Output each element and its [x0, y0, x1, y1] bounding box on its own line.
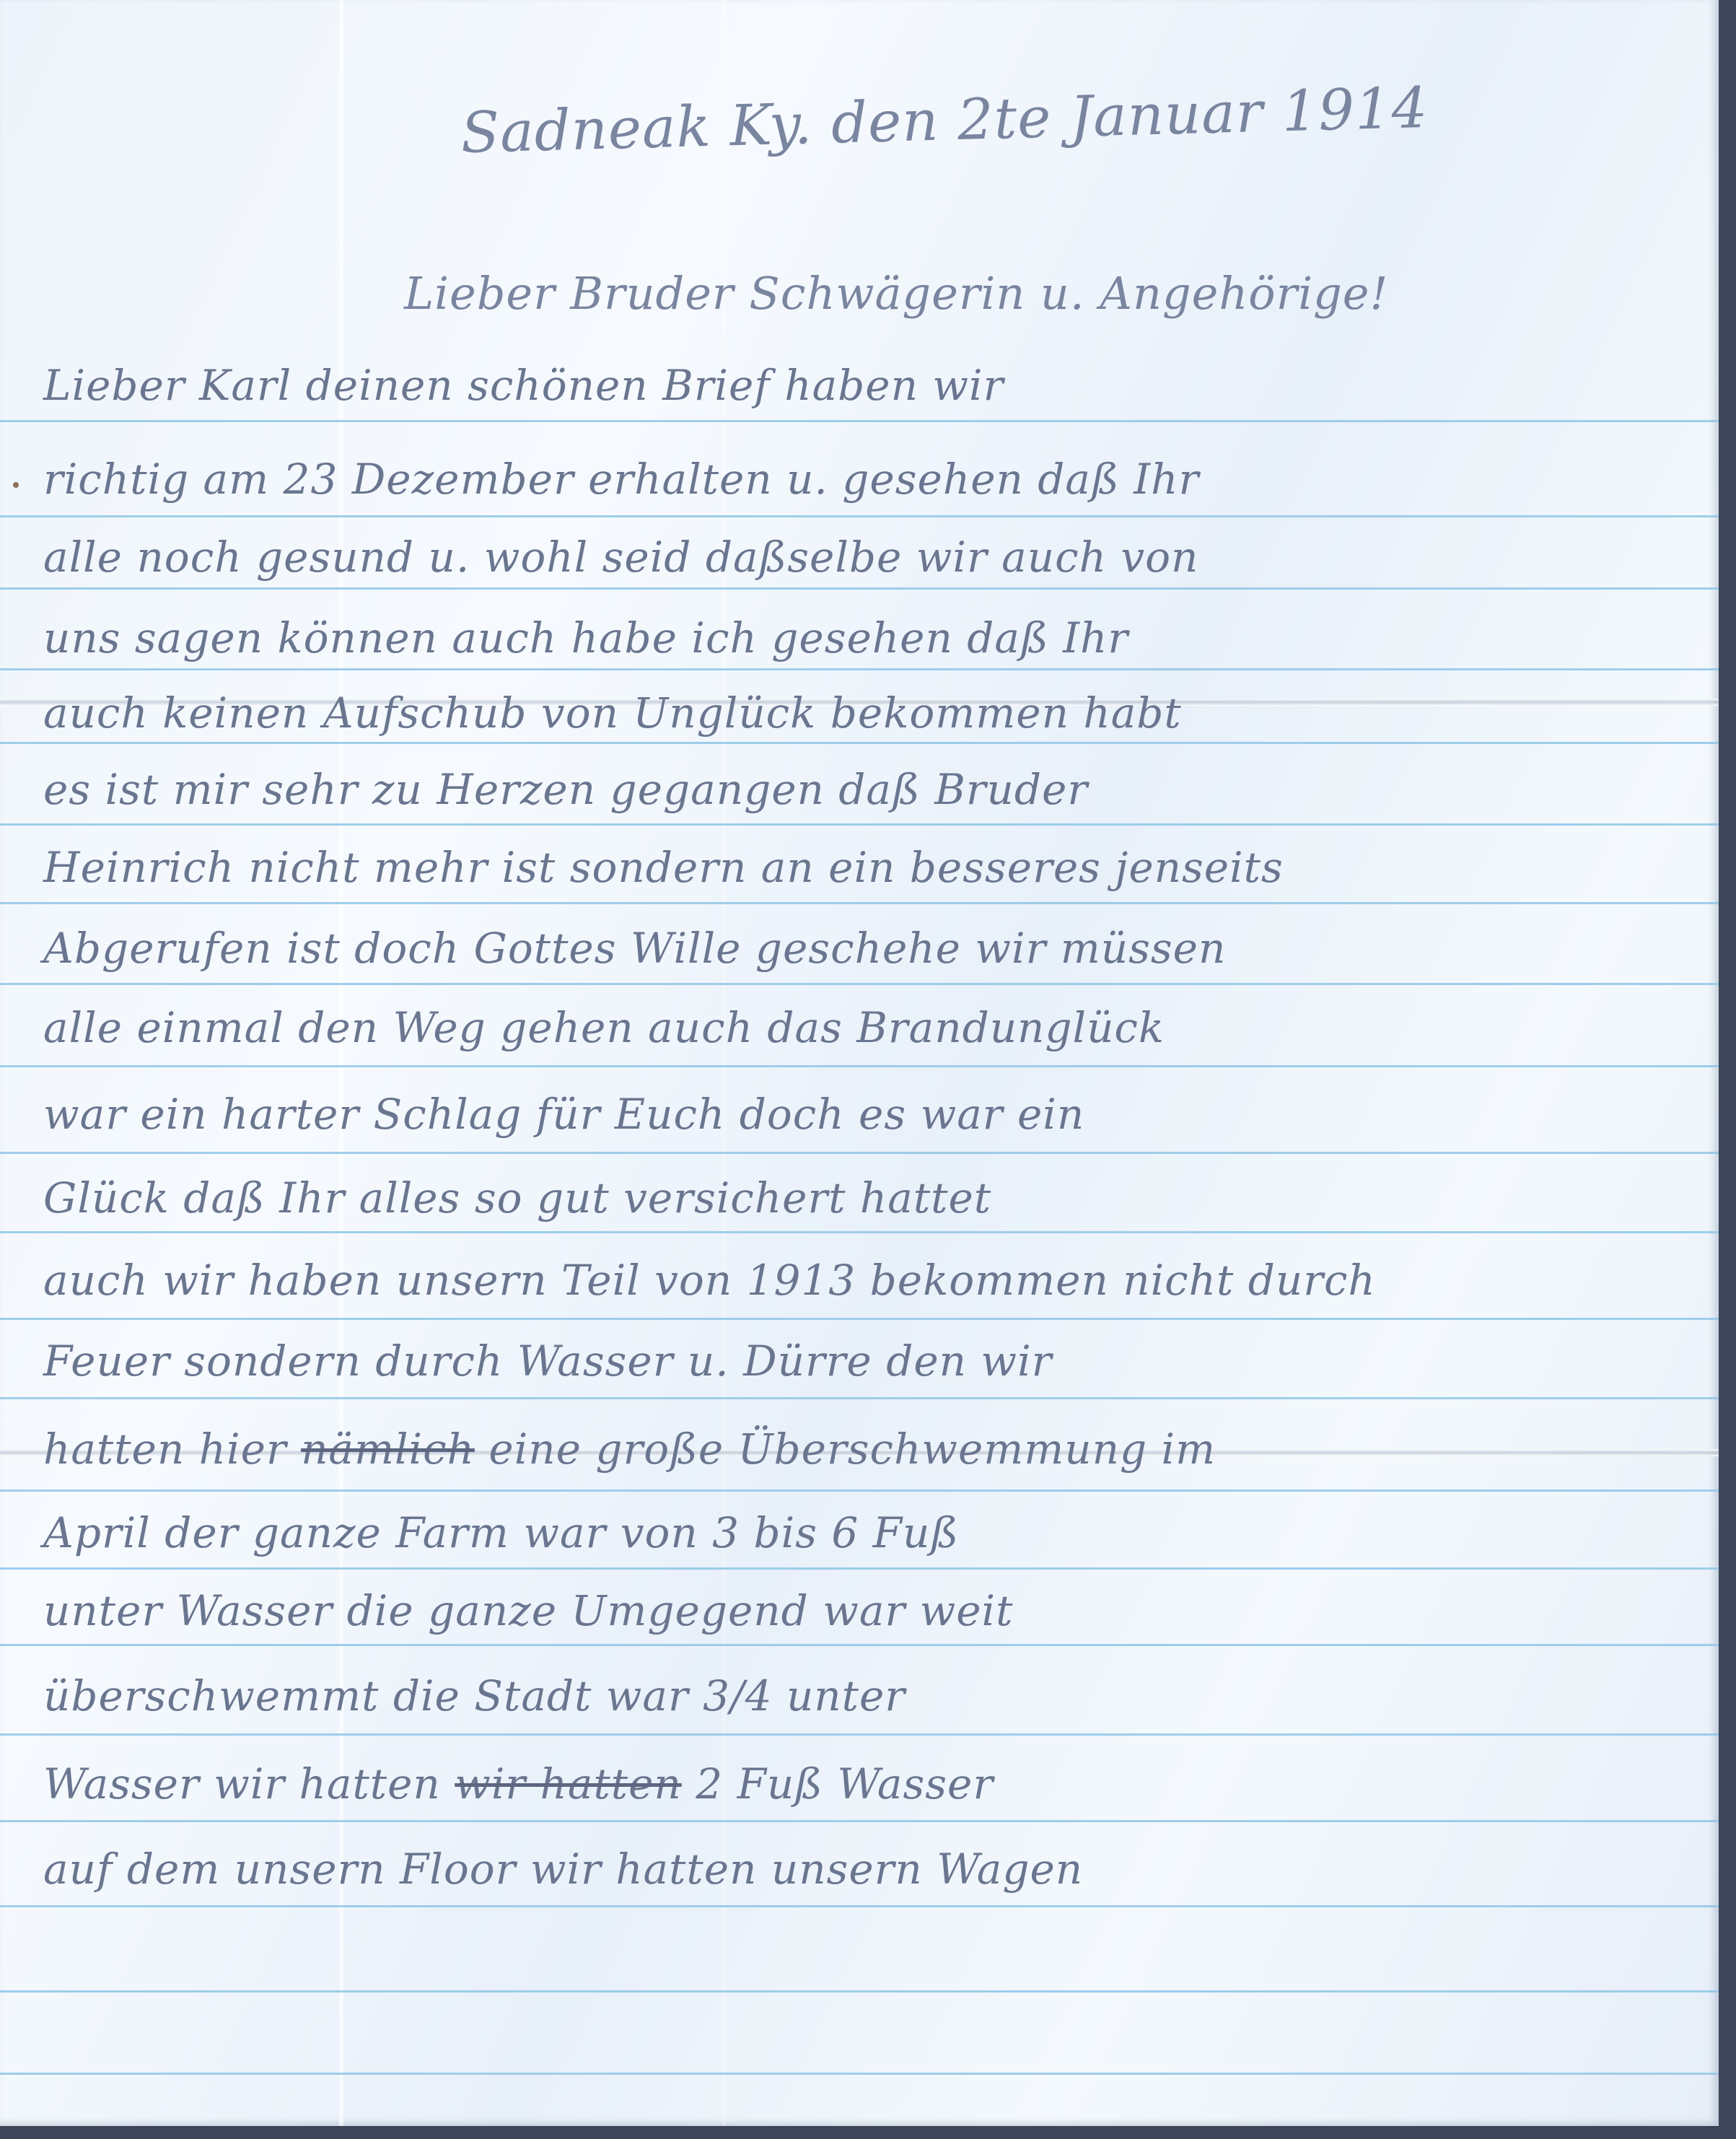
line-text: überschwemmt die Stadt war 3/4 unter: [43, 1671, 906, 1720]
letter-line: Glück daß Ihr alles so gut versichert ha…: [43, 1173, 991, 1222]
line-text: alle noch gesund u. wohl seid daßselbe w…: [43, 533, 1198, 582]
letter-line: Wasser wir hatten wir hatten 2 Fuß Wasse…: [43, 1759, 994, 1808]
line-text: Lieber Karl deinen schönen Brief haben w…: [43, 361, 1004, 410]
line-text: auch wir haben unsern Teil von 1913 beko…: [43, 1256, 1376, 1305]
letter-line: Feuer sondern durch Wasser u. Dürre den …: [43, 1337, 1052, 1386]
ruled-line: [0, 587, 1719, 590]
line-text: unter Wasser die ganze Umgegend war weit: [43, 1586, 1013, 1635]
struck-word: nämlich: [301, 1425, 475, 1474]
ruled-line: [0, 1644, 1719, 1646]
ruled-line: [0, 983, 1719, 985]
ruled-line: [0, 1490, 1719, 1492]
letter-line: war ein harter Schlag für Euch doch es w…: [43, 1090, 1084, 1139]
ruled-line: [0, 2073, 1719, 2075]
letter-line: auf dem unsern Floor wir hatten unsern W…: [43, 1845, 1083, 1894]
line-text: April der ganze Farm war von 3 bis 6 Fuß: [43, 1508, 959, 1557]
line-text: Feuer sondern durch Wasser u. Dürre den …: [43, 1337, 1052, 1386]
ink-spot: [13, 482, 19, 488]
ruled-line: [0, 1397, 1719, 1399]
ruled-line: [0, 515, 1719, 517]
ruled-line: [0, 420, 1719, 422]
letter-line: unter Wasser die ganze Umgegend war weit: [43, 1586, 1013, 1635]
ruled-line: [0, 742, 1719, 744]
line-text: eine große Überschwemmung im: [475, 1425, 1216, 1474]
letter-heading: Sadneak Ky. den 2te Januar 1914: [460, 76, 1429, 166]
line-text: 2 Fuß Wasser: [682, 1759, 994, 1808]
ruled-line: [0, 668, 1719, 670]
line-text: war ein harter Schlag für Euch doch es w…: [43, 1090, 1084, 1139]
ruled-line: [0, 1733, 1719, 1736]
letter-line: Heinrich nicht mehr ist sondern an ein b…: [43, 843, 1284, 892]
ruled-line: [0, 1065, 1719, 1067]
letter-line: uns sagen können auch habe ich gesehen d…: [43, 613, 1128, 662]
line-text: alle einmal den Weg gehen auch das Brand…: [43, 1003, 1165, 1052]
line-text: Abgerufen ist doch Gottes Wille geschehe…: [43, 924, 1226, 973]
line-text: es ist mir sehr zu Herzen gegangen daß B…: [43, 765, 1088, 814]
letter-line: hatten hier nämlich eine große Überschwe…: [43, 1425, 1216, 1474]
line-text: hatten hier: [43, 1425, 301, 1474]
line-text: Wasser wir hatten: [43, 1759, 455, 1808]
letter-line: überschwemmt die Stadt war 3/4 unter: [43, 1671, 906, 1720]
ruled-line: [0, 1567, 1719, 1570]
letter-line: auch keinen Aufschub von Unglück bekomme…: [43, 688, 1182, 738]
ruled-line: [0, 1152, 1719, 1154]
line-text: auf dem unsern Floor wir hatten unsern W…: [43, 1845, 1083, 1894]
letter-line: April der ganze Farm war von 3 bis 6 Fuß: [43, 1508, 959, 1557]
struck-word: wir hatten: [455, 1759, 682, 1808]
line-text: richtig am 23 Dezember erhalten u. geseh…: [43, 455, 1199, 504]
letter-line: richtig am 23 Dezember erhalten u. geseh…: [43, 455, 1199, 504]
letter-salutation: Lieber Bruder Schwägerin u. Angehörige!: [404, 267, 1388, 320]
line-text: Glück daß Ihr alles so gut versichert ha…: [43, 1173, 991, 1222]
line-text: uns sagen können auch habe ich gesehen d…: [43, 613, 1128, 662]
ruled-line: [0, 1231, 1719, 1233]
letter-line: alle noch gesund u. wohl seid daßselbe w…: [43, 533, 1198, 582]
ruled-line: [0, 1820, 1719, 1822]
letter-page: Sadneak Ky. den 2te Januar 1914 Lieber B…: [0, 0, 1719, 2126]
ruled-line: [0, 1905, 1719, 1907]
ruled-line: [0, 823, 1719, 826]
letter-line: alle einmal den Weg gehen auch das Brand…: [43, 1003, 1165, 1052]
letter-line: es ist mir sehr zu Herzen gegangen daß B…: [43, 765, 1088, 814]
ruled-line: [0, 1990, 1719, 1993]
line-text: auch keinen Aufschub von Unglück bekomme…: [43, 688, 1182, 738]
letter-line: auch wir haben unsern Teil von 1913 beko…: [43, 1256, 1376, 1305]
line-text: Heinrich nicht mehr ist sondern an ein b…: [43, 843, 1284, 892]
ruled-line: [0, 902, 1719, 904]
letter-line: Abgerufen ist doch Gottes Wille geschehe…: [43, 924, 1226, 973]
letter-line: Lieber Karl deinen schönen Brief haben w…: [43, 361, 1004, 410]
ruled-line: [0, 1318, 1719, 1320]
